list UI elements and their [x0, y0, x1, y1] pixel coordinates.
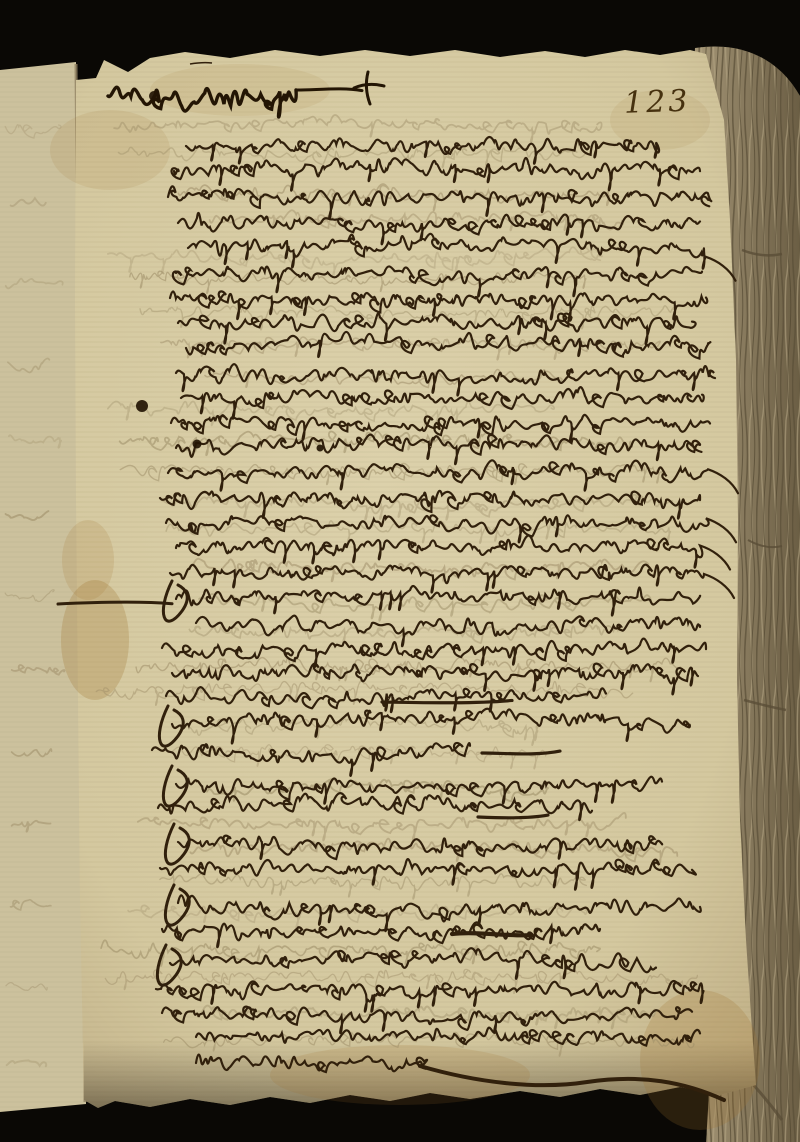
heading-rule: [296, 89, 362, 91]
ink-blot: [317, 445, 324, 452]
stain: [62, 520, 114, 600]
ink-blot: [149, 91, 159, 101]
line-filler-dash: [452, 933, 532, 935]
folio-number: 123: [623, 84, 690, 121]
manuscript-page-canvas: 123: [0, 0, 800, 1142]
ink-blot: [136, 400, 148, 412]
stain: [270, 1045, 530, 1105]
manuscript-scan: 123: [0, 0, 800, 1142]
ink-blot: [193, 440, 202, 449]
